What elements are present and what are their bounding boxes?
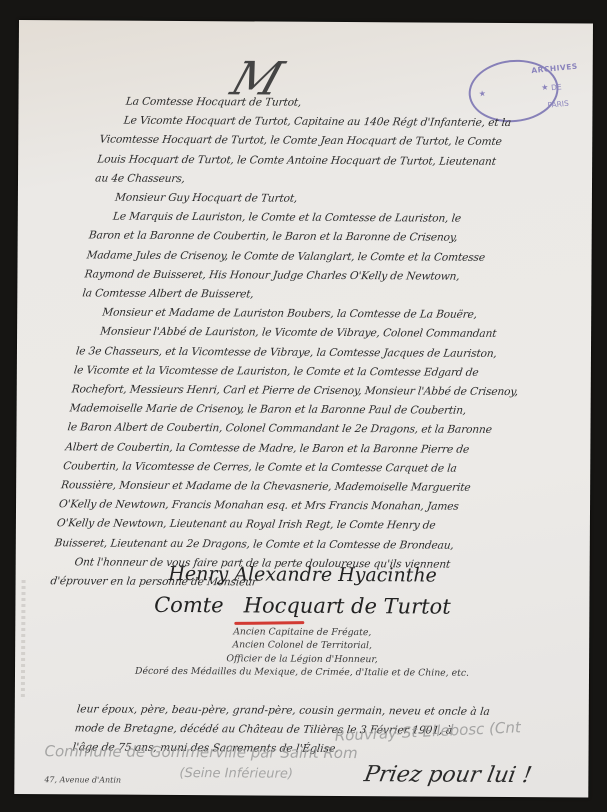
family-line: O'Kelly de Newtown, Lieutenant au Royal … bbox=[56, 515, 538, 537]
deceased-title: Comte bbox=[154, 593, 224, 617]
prayer-line: Priez pour lui ! bbox=[362, 762, 534, 788]
star-icon: ★ bbox=[541, 83, 549, 93]
family-line: Vicomtesse Hocquart de Turtot, le Comte … bbox=[98, 131, 580, 153]
family-list: La Comtesse Hocquart de Turtot, Le Vicom… bbox=[49, 93, 585, 595]
family-line: Louis Hocquart de Turtot, le Comte Antoi… bbox=[96, 150, 578, 172]
stamp-top-text: ARCHIVES bbox=[511, 60, 597, 77]
deceased-full-title: Comte Hocquart de Turtot bbox=[15, 592, 589, 620]
family-line: Baron et la Baronne de Coubertin, le Bar… bbox=[88, 227, 570, 249]
deceased-surname-wrap: Hocquart de Turtot bbox=[230, 593, 451, 618]
family-line: le Baron Albert de Coubertin, Colonel Co… bbox=[66, 419, 548, 441]
red-underline-mark bbox=[234, 621, 304, 625]
deceased-surname: Hocquart de Turtot bbox=[244, 593, 451, 618]
death-announcement-card: M ARCHIVES ★ DE ★ PARIS La Comtesse Hocq… bbox=[14, 20, 593, 797]
distinction-line: Décoré des Médailles du Mexique, de Crim… bbox=[15, 664, 589, 681]
distinctions-list: Ancien Capitaine de Frégate, Ancien Colo… bbox=[15, 624, 589, 681]
deceased-given-names: Henry Alexandre Hyacinthe bbox=[16, 562, 590, 588]
family-line: Monsieur l'Abbé de Lauriston, le Vicomte… bbox=[77, 323, 559, 345]
stamp-middle-text: DE bbox=[513, 79, 599, 96]
pencil-annotation: (Seine Inférieure) bbox=[179, 766, 293, 782]
address: 47, Avenue d'Antin bbox=[44, 775, 121, 784]
pencil-annotation: Commune de Gommerville par Saint Rom bbox=[44, 742, 357, 762]
